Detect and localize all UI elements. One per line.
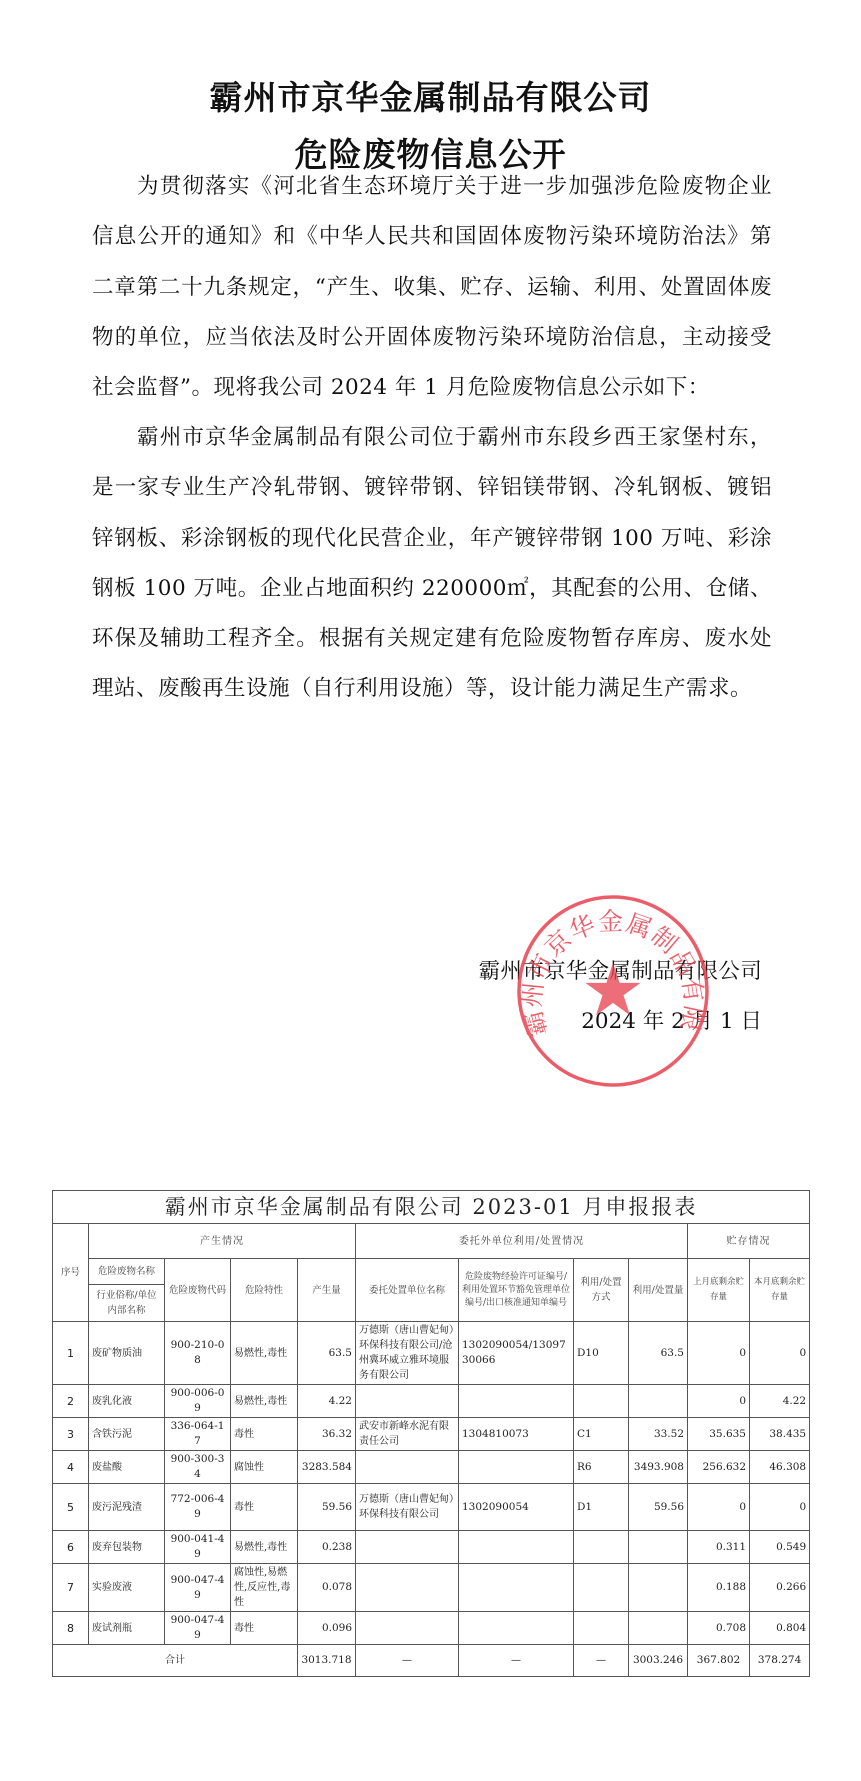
cell-last-month: 0.708 bbox=[688, 1612, 750, 1645]
cell-disposed bbox=[629, 1385, 688, 1418]
cell-last-month: 0 bbox=[688, 1385, 750, 1418]
total-this-month: 378.274 bbox=[750, 1645, 810, 1677]
cell-method: D10 bbox=[574, 1322, 629, 1385]
cell-code: 900-041-49 bbox=[165, 1531, 231, 1564]
cell-code: 772-006-49 bbox=[165, 1484, 231, 1531]
cell-disposer bbox=[356, 1564, 459, 1612]
total-label: 合计 bbox=[53, 1645, 298, 1677]
cell-hazard: 易燃性,毒性 bbox=[231, 1531, 298, 1564]
cell-name: 废试剂瓶 bbox=[89, 1612, 165, 1645]
cell-amount: 59.56 bbox=[298, 1484, 356, 1531]
cell-disposer bbox=[356, 1612, 459, 1645]
cell-name: 实验废液 bbox=[89, 1564, 165, 1612]
cell-this-month: 46.308 bbox=[750, 1451, 810, 1484]
cell-seq: 2 bbox=[53, 1385, 89, 1418]
section-production: 产生情况 bbox=[89, 1224, 356, 1259]
cell-method bbox=[574, 1564, 629, 1612]
total-row: 合计 3013.718 — — — 3003.246 367.802 378.2… bbox=[53, 1645, 810, 1677]
cell-method: D1 bbox=[574, 1484, 629, 1531]
cell-hazard: 腐蚀性 bbox=[231, 1451, 298, 1484]
cell-disposer: 万德斯（唐山曹妃甸）环保科技有限公司 bbox=[356, 1484, 459, 1531]
header-waste-name: 危险废物名称 bbox=[89, 1259, 165, 1285]
cell-amount: 0.096 bbox=[298, 1612, 356, 1645]
cell-amount: 0.078 bbox=[298, 1564, 356, 1612]
cell-disposed: 59.56 bbox=[629, 1484, 688, 1531]
cell-method bbox=[574, 1531, 629, 1564]
cell-last-month: 0.188 bbox=[688, 1564, 750, 1612]
header-disposed: 利用/处置量 bbox=[629, 1259, 688, 1322]
cell-this-month: 0 bbox=[750, 1484, 810, 1531]
cell-code: 900-047-49 bbox=[165, 1612, 231, 1645]
cell-this-month: 0 bbox=[750, 1322, 810, 1385]
cell-hazard: 毒性 bbox=[231, 1418, 298, 1451]
cell-disposer bbox=[356, 1531, 459, 1564]
table-row: 2 废乳化液 900-006-09 易燃性,毒性 4.22 0 4.22 bbox=[53, 1385, 810, 1418]
cell-amount: 0.238 bbox=[298, 1531, 356, 1564]
cell-seq: 7 bbox=[53, 1564, 89, 1612]
section-storage: 贮存情况 bbox=[688, 1224, 810, 1259]
cell-last-month: 256.632 bbox=[688, 1451, 750, 1484]
header-waste-code: 危险废物代码 bbox=[165, 1259, 231, 1322]
document-title: 霸州市京华金属制品有限公司 bbox=[0, 72, 861, 119]
table-row: 6 废弃包装物 900-041-49 易燃性,毒性 0.238 0.311 0.… bbox=[53, 1531, 810, 1564]
header-seq: 序号 bbox=[53, 1224, 89, 1322]
header-method: 利用/处置方式 bbox=[574, 1259, 629, 1322]
header-common-name: 行业俗称/单位内部名称 bbox=[89, 1285, 165, 1322]
paragraph-legal-basis: 为贯彻落实《河北省生态环境厅关于进一步加强涉危险废物企业信息公开的通知》和《中华… bbox=[92, 162, 772, 413]
cell-name: 废弃包装物 bbox=[89, 1531, 165, 1564]
cell-method: R6 bbox=[574, 1451, 629, 1484]
cell-disposed: 33.52 bbox=[629, 1418, 688, 1451]
cell-seq: 1 bbox=[53, 1322, 89, 1385]
cell-this-month: 0.549 bbox=[750, 1531, 810, 1564]
cell-disposed bbox=[629, 1531, 688, 1564]
total-amount: 3013.718 bbox=[298, 1645, 356, 1677]
cell-disposer bbox=[356, 1385, 459, 1418]
total-permit: — bbox=[459, 1645, 574, 1677]
cell-method bbox=[574, 1385, 629, 1418]
header-this-month-storage: 本月底剩余贮存量 bbox=[750, 1259, 810, 1322]
cell-code: 900-047-49 bbox=[165, 1564, 231, 1612]
cell-seq: 8 bbox=[53, 1612, 89, 1645]
section-outsourced: 委托外单位利用/处置情况 bbox=[356, 1224, 688, 1259]
table-row: 8 废试剂瓶 900-047-49 毒性 0.096 0.708 0.804 bbox=[53, 1612, 810, 1645]
cell-method bbox=[574, 1612, 629, 1645]
cell-name: 废污泥残渣 bbox=[89, 1484, 165, 1531]
cell-code: 900-006-09 bbox=[165, 1385, 231, 1418]
cell-code: 900-300-34 bbox=[165, 1451, 231, 1484]
cell-seq: 6 bbox=[53, 1531, 89, 1564]
header-hazard: 危险特性 bbox=[231, 1259, 298, 1322]
cell-last-month: 0 bbox=[688, 1484, 750, 1531]
cell-code: 900-210-08 bbox=[165, 1322, 231, 1385]
table-row: 7 实验废液 900-047-49 腐蚀性,易燃性,反应性,毒性 0.078 0… bbox=[53, 1564, 810, 1612]
report-title: 霸州市京华金属制品有限公司 2023-01 月申报报表 bbox=[53, 1191, 810, 1224]
header-permit: 危险废物经验许可证编号/利用处置环节豁免管理单位编号/出口核准通知单编号 bbox=[459, 1259, 574, 1322]
cell-permit bbox=[459, 1385, 574, 1418]
cell-disposer: 武安市新峰水泥有限责任公司 bbox=[356, 1418, 459, 1451]
cell-permit: 1304810073 bbox=[459, 1418, 574, 1451]
cell-permit bbox=[459, 1612, 574, 1645]
cell-this-month: 38.435 bbox=[750, 1418, 810, 1451]
table-row: 1 废矿物质油 900-210-08 易燃性,毒性 63.5 万德斯（唐山曹妃甸… bbox=[53, 1322, 810, 1385]
header-last-month-storage: 上月底剩余贮存量 bbox=[688, 1259, 750, 1322]
total-disposed: 3003.246 bbox=[629, 1645, 688, 1677]
cell-disposed bbox=[629, 1612, 688, 1645]
signature-date: 2024 年 2 月 1 日 bbox=[581, 1004, 762, 1035]
cell-disposer bbox=[356, 1451, 459, 1484]
cell-disposed bbox=[629, 1564, 688, 1612]
cell-last-month: 0.311 bbox=[688, 1531, 750, 1564]
cell-hazard: 毒性 bbox=[231, 1484, 298, 1531]
signature-company: 霸州市京华金属制品有限公司 bbox=[479, 954, 762, 985]
company-seal-stamp-icon: 霸州市京华金属制品有限公司 bbox=[515, 893, 711, 1089]
cell-hazard: 腐蚀性,易燃性,反应性,毒性 bbox=[231, 1564, 298, 1612]
cell-this-month: 0.266 bbox=[750, 1564, 810, 1612]
cell-last-month: 35.635 bbox=[688, 1418, 750, 1451]
cell-code: 336-064-17 bbox=[165, 1418, 231, 1451]
cell-permit bbox=[459, 1531, 574, 1564]
cell-disposer: 万德斯（唐山曹妃甸）环保科技有限公司/沧州冀环威立雅环境服务有限公司 bbox=[356, 1322, 459, 1385]
cell-permit: 1302090054 bbox=[459, 1484, 574, 1531]
header-amount: 产生量 bbox=[298, 1259, 356, 1322]
cell-last-month: 0 bbox=[688, 1322, 750, 1385]
cell-hazard: 易燃性,毒性 bbox=[231, 1322, 298, 1385]
cell-method: C1 bbox=[574, 1418, 629, 1451]
cell-this-month: 4.22 bbox=[750, 1385, 810, 1418]
cell-disposed: 3493.908 bbox=[629, 1451, 688, 1484]
cell-permit bbox=[459, 1564, 574, 1612]
total-disposer: — bbox=[356, 1645, 459, 1677]
cell-amount: 36.32 bbox=[298, 1418, 356, 1451]
paragraph-company-intro: 霸州市京华金属制品有限公司位于霸州市东段乡西王家堡村东，是一家专业生产冷轧带钢、… bbox=[92, 413, 772, 715]
cell-name: 含铁污泥 bbox=[89, 1418, 165, 1451]
cell-seq: 3 bbox=[53, 1418, 89, 1451]
total-method: — bbox=[574, 1645, 629, 1677]
table-row: 4 废盐酸 900-300-34 腐蚀性 3283.584 R6 3493.90… bbox=[53, 1451, 810, 1484]
cell-amount: 4.22 bbox=[298, 1385, 356, 1418]
cell-name: 废盐酸 bbox=[89, 1451, 165, 1484]
hazardous-waste-report-table: 霸州市京华金属制品有限公司 2023-01 月申报报表 序号 产生情况 委托外单… bbox=[52, 1190, 810, 1677]
cell-hazard: 毒性 bbox=[231, 1612, 298, 1645]
cell-hazard: 易燃性,毒性 bbox=[231, 1385, 298, 1418]
cell-this-month: 0.804 bbox=[750, 1612, 810, 1645]
cell-disposed: 63.5 bbox=[629, 1322, 688, 1385]
cell-amount: 3283.584 bbox=[298, 1451, 356, 1484]
cell-name: 废矿物质油 bbox=[89, 1322, 165, 1385]
total-last-month: 367.802 bbox=[688, 1645, 750, 1677]
cell-seq: 4 bbox=[53, 1451, 89, 1484]
header-disposer: 委托处置单位名称 bbox=[356, 1259, 459, 1322]
cell-permit: 1302090054/1309730066 bbox=[459, 1322, 574, 1385]
table-row: 3 含铁污泥 336-064-17 毒性 36.32 武安市新峰水泥有限责任公司… bbox=[53, 1418, 810, 1451]
cell-name: 废乳化液 bbox=[89, 1385, 165, 1418]
cell-permit bbox=[459, 1451, 574, 1484]
cell-amount: 63.5 bbox=[298, 1322, 356, 1385]
table-row: 5 废污泥残渣 772-006-49 毒性 59.56 万德斯（唐山曹妃甸）环保… bbox=[53, 1484, 810, 1531]
cell-seq: 5 bbox=[53, 1484, 89, 1531]
